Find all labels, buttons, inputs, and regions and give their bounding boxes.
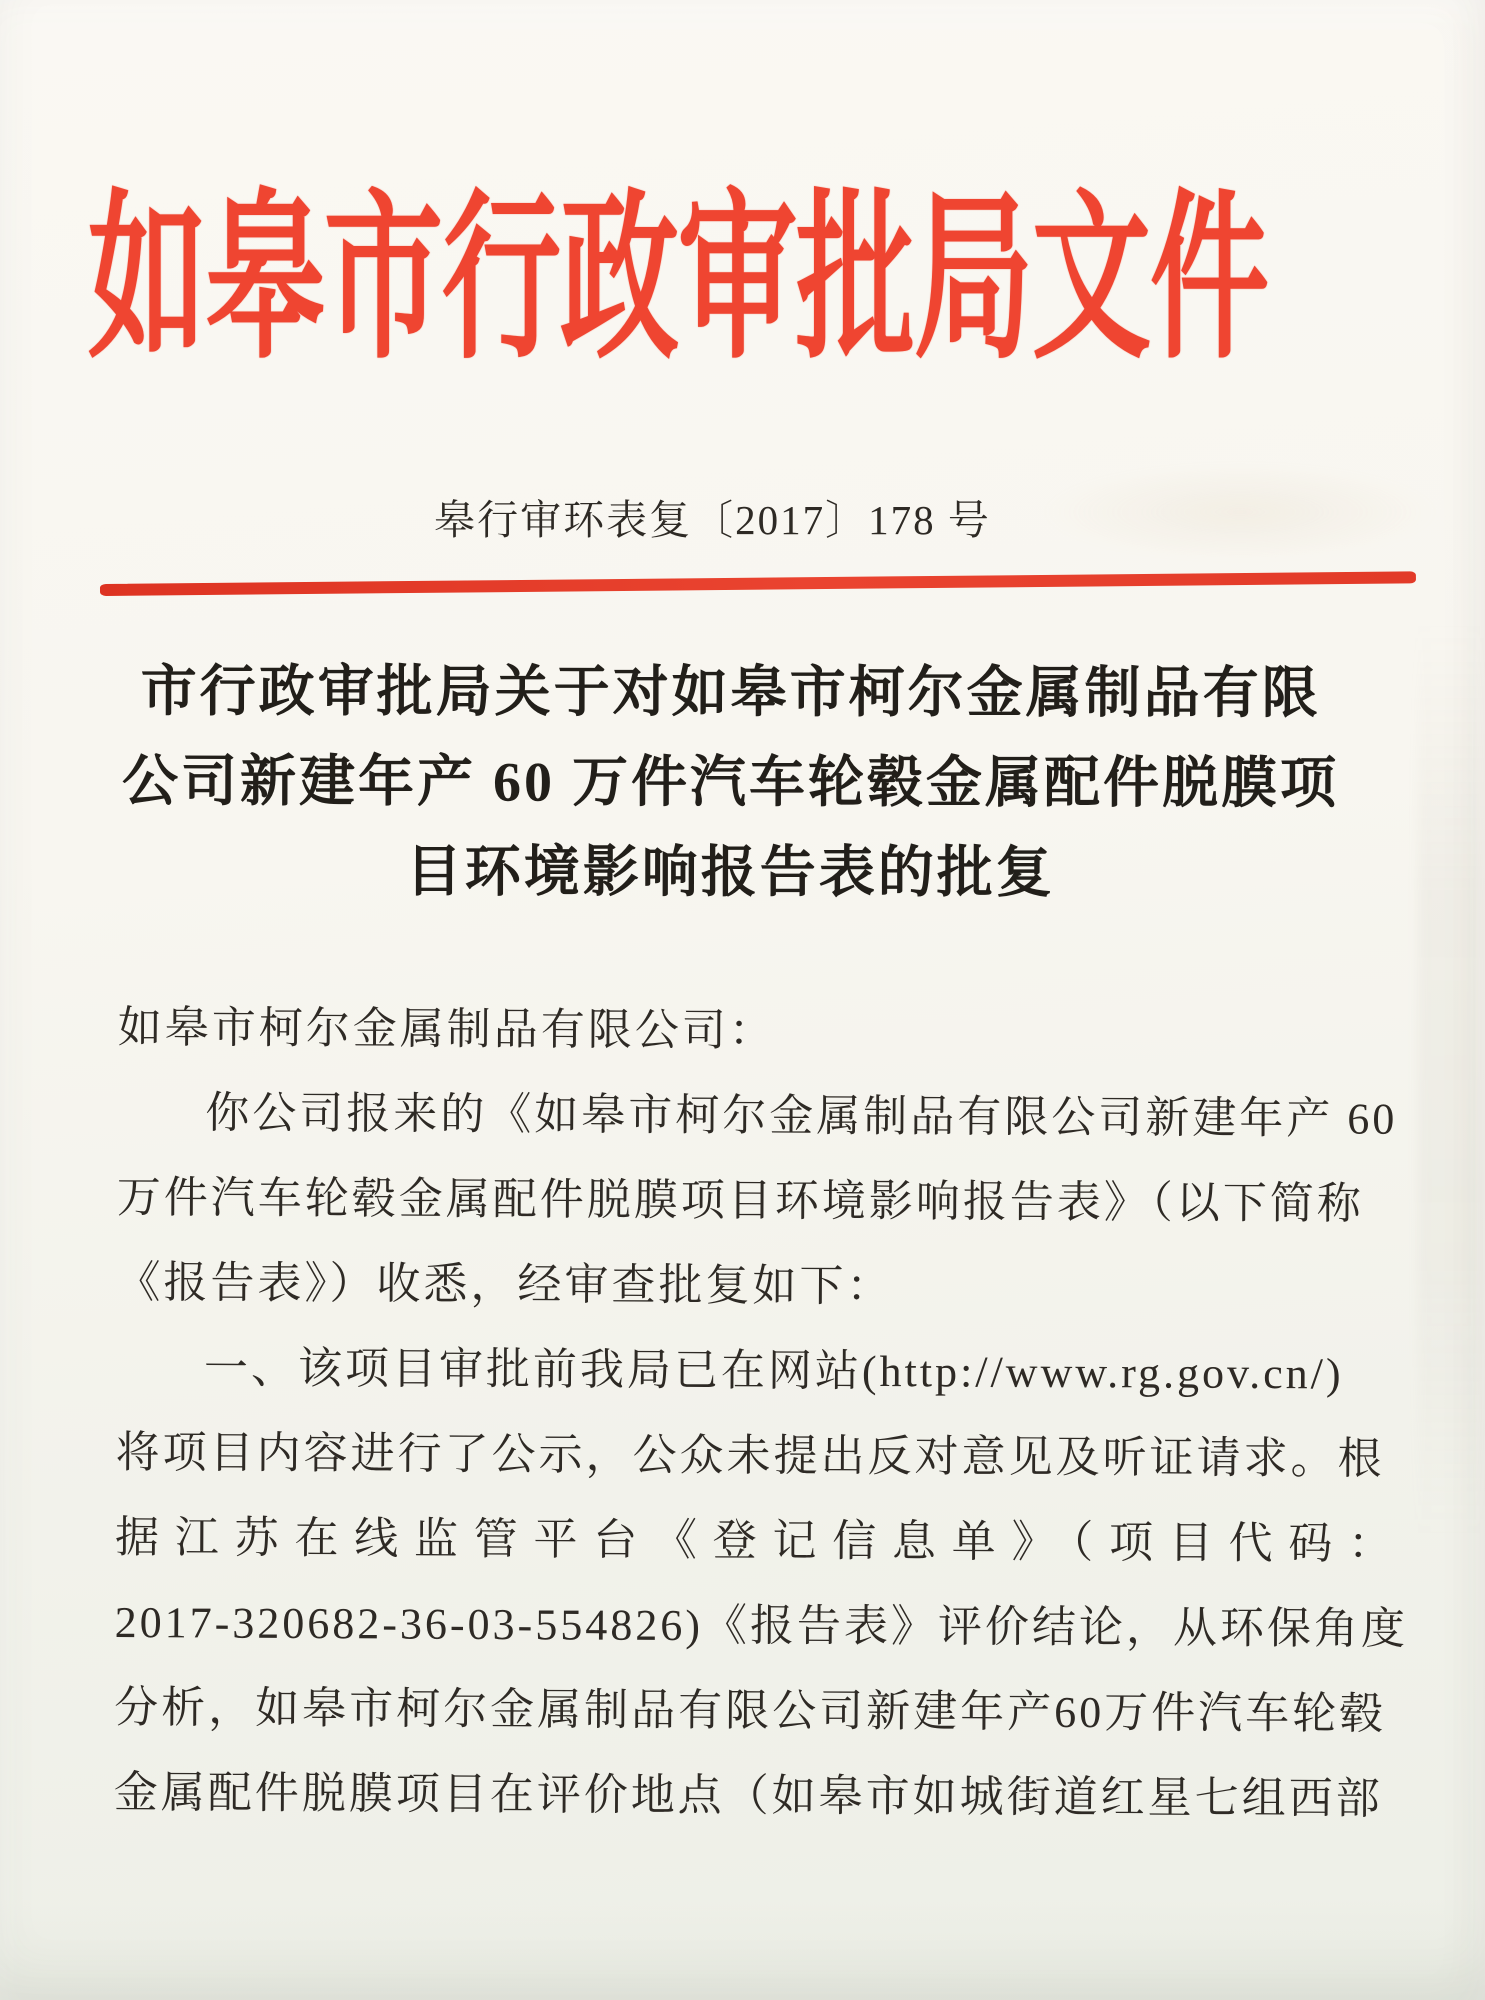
body-line-6: 据江苏在线监管平台《登记信息单》（项目代码： (115, 1495, 1395, 1587)
document-body: 如皋市柯尔金属制品有限公司： 你公司报来的《如皋市柯尔金属制品有限公司新建年产 … (114, 985, 1398, 1842)
document-page: 如皋市行政审批局文件 皋行审环表复〔2017〕178 号 市行政审批局关于对如皋… (0, 0, 1485, 2000)
body-line-9: 金属配件脱膜项目在评价地点（如皋市如城街道红星七组西部 (114, 1750, 1394, 1842)
scan-artifact-right-margin (1418, 620, 1480, 1540)
document-title-line-1: 市行政审批局关于对如皋市柯尔金属制品有限 (58, 647, 1403, 739)
body-line-2: 万件汽车轮毂金属配件脱膜项目环境影响报告表》（以下简称 (117, 1155, 1397, 1247)
body-line-5: 将项目内容进行了公示，公众未提出反对意见及听证请求。根 (115, 1410, 1395, 1502)
document-title: 市行政审批局关于对如皋市柯尔金属制品有限 公司新建年产 60 万件汽车轮毂金属配… (58, 647, 1403, 919)
document-title-line-3: 目环境影响报告表的批复 (58, 827, 1403, 919)
document-title-line-2: 公司新建年产 60 万件汽车轮毂金属配件脱膜项 (58, 737, 1403, 829)
red-divider-rule (100, 571, 1416, 596)
body-line-3: 《报告表》）收悉，经审查批复如下： (116, 1240, 1396, 1332)
document-number: 皋行审环表复〔2017〕178 号 (0, 487, 1455, 546)
body-line-4: 一、该项目审批前我局已在网站(http://www.rg.gov.cn/) (116, 1325, 1396, 1417)
body-line-1: 你公司报来的《如皋市柯尔金属制品有限公司新建年产 60 (117, 1070, 1397, 1162)
salutation: 如皋市柯尔金属制品有限公司： (118, 985, 1398, 1077)
body-line-7: 2017-320682-36-03-554826)《报告表》评价结论，从环保角度 (114, 1580, 1394, 1672)
body-line-8: 分析，如皋市柯尔金属制品有限公司新建年产60万件汽车轮毂 (114, 1665, 1394, 1757)
scan-artifact-bottom-shadow (0, 1898, 1485, 2000)
agency-header-title: 如皋市行政审批局文件 (88, 134, 1263, 394)
